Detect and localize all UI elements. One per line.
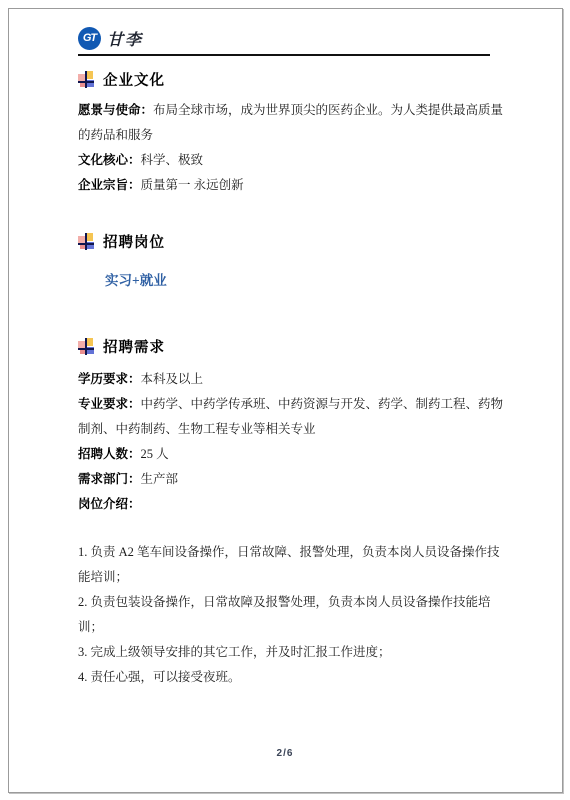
intro-line: 岗位介绍： — [78, 492, 510, 517]
duty-item: 1. 负责 A2 笔车间设备操作，日常故障、报警处理，负责本岗人员设备操作技能培… — [78, 540, 510, 590]
section-bullet-icon — [78, 233, 94, 250]
section-header-culture: 企业文化 — [78, 69, 510, 90]
major-label: 专业要求： — [78, 397, 141, 411]
core-text: 科学、极致 — [141, 153, 204, 167]
page-number: 2/6 — [0, 748, 570, 759]
department-label: 需求部门： — [78, 472, 141, 486]
section-header-requirements: 招聘需求 — [78, 336, 510, 357]
section-bullet-icon — [78, 71, 94, 88]
core-line: 文化核心：科学、极致 — [78, 148, 510, 173]
intro-label: 岗位介绍： — [78, 497, 141, 511]
tenet-line: 企业宗旨：质量第一 永远创新 — [78, 173, 510, 198]
section-title-culture: 企业文化 — [103, 69, 165, 90]
vision-label: 愿景与使命： — [78, 103, 153, 117]
tenet-text: 质量第一 永远创新 — [141, 178, 244, 192]
culture-body: 愿景与使命：布局全球市场，成为世界顶尖的医药企业。为人类提供最高质量的药品和服务… — [78, 98, 510, 198]
headcount-line: 招聘人数：25 人 — [78, 442, 510, 467]
duty-item: 2. 负责包装设备操作，日常故障及报警处理，负责本岗人员设备操作技能培训； — [78, 590, 510, 640]
section-title-requirements: 招聘需求 — [103, 336, 165, 357]
education-label: 学历要求： — [78, 372, 141, 386]
core-label: 文化核心： — [78, 153, 141, 167]
vision-line: 愿景与使命：布局全球市场，成为世界顶尖的医药企业。为人类提供最高质量的药品和服务 — [78, 98, 510, 148]
page-header: GT 甘李 — [78, 25, 510, 51]
document-page: GT 甘李 企业文化 愿景与使命：布局全球市场，成为世界顶尖的医药企业。为人类提… — [78, 8, 510, 690]
duties-list: 1. 负责 A2 笔车间设备操作，日常故障、报警处理，负责本岗人员设备操作技能培… — [78, 540, 510, 690]
tenet-label: 企业宗旨： — [78, 178, 141, 192]
position-link-internship[interactable]: 实习+就业 — [105, 269, 167, 289]
department-value: 生产部 — [141, 472, 179, 486]
logo-wordmark: 甘李 — [107, 27, 143, 50]
section-header-positions: 招聘岗位 — [78, 231, 510, 252]
education-line: 学历要求：本科及以上 — [78, 367, 510, 392]
section-bullet-icon — [78, 338, 94, 355]
section-title-positions: 招聘岗位 — [103, 231, 165, 252]
headcount-label: 招聘人数： — [78, 447, 141, 461]
major-line: 专业要求：中药学、中药学传承班、中药资源与开发、药学、制药工程、药物制剂、中药制… — [78, 392, 510, 442]
department-line: 需求部门：生产部 — [78, 467, 510, 492]
logo-gt-icon: GT — [78, 27, 101, 50]
duty-item: 3. 完成上级领导安排的其它工作，并及时汇报工作进度； — [78, 640, 510, 665]
headcount-value: 25 人 — [141, 447, 169, 461]
education-value: 本科及以上 — [141, 372, 204, 386]
duty-item: 4. 责任心强，可以接受夜班。 — [78, 665, 510, 690]
major-value: 中药学、中药学传承班、中药资源与开发、药学、制药工程、药物制剂、中药制药、生物工… — [78, 397, 503, 436]
header-divider — [78, 54, 490, 56]
requirements-body: 学历要求：本科及以上 专业要求：中药学、中药学传承班、中药资源与开发、药学、制药… — [78, 367, 510, 517]
